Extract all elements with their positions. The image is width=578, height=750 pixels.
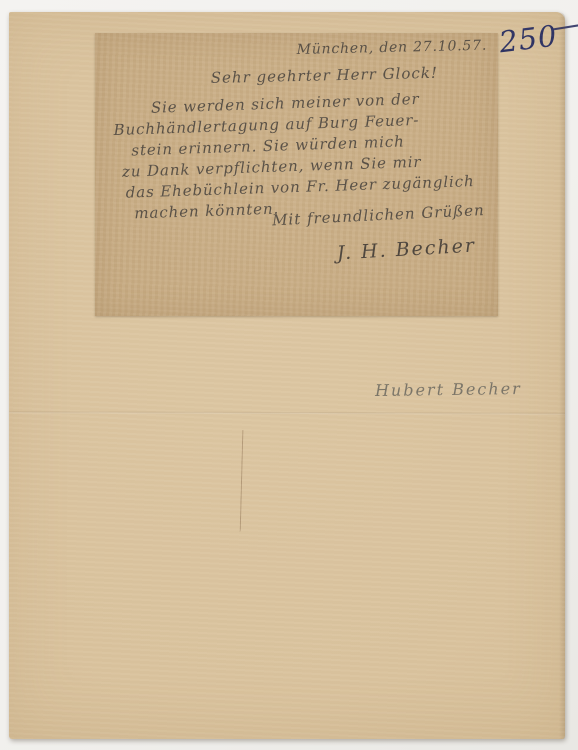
archive-number-value: 250 — [497, 18, 559, 59]
letter-dateline: München, den 27.10.57. — [296, 38, 487, 58]
archive-number: 250 — [497, 15, 578, 60]
letter-salutation: Sehr geehrter Herr Glock! — [211, 64, 439, 87]
archive-sheet: München, den 27.10.57. Sehr geehrter Her… — [9, 12, 565, 739]
postcard: München, den 27.10.57. Sehr geehrter Her… — [95, 33, 498, 316]
ink-flourish — [553, 23, 578, 30]
scan-background: München, den 27.10.57. Sehr geehrter Her… — [0, 0, 578, 750]
sheet-edge-shadow — [559, 12, 565, 739]
fold-crease — [9, 411, 565, 414]
hair-scratch-mark — [240, 430, 248, 532]
pencil-annotation: Hubert Becher — [375, 379, 522, 400]
letter-signature: J. H. Becher — [336, 235, 476, 265]
letter-text: München, den 27.10.57. Sehr geehrter Her… — [92, 28, 501, 320]
